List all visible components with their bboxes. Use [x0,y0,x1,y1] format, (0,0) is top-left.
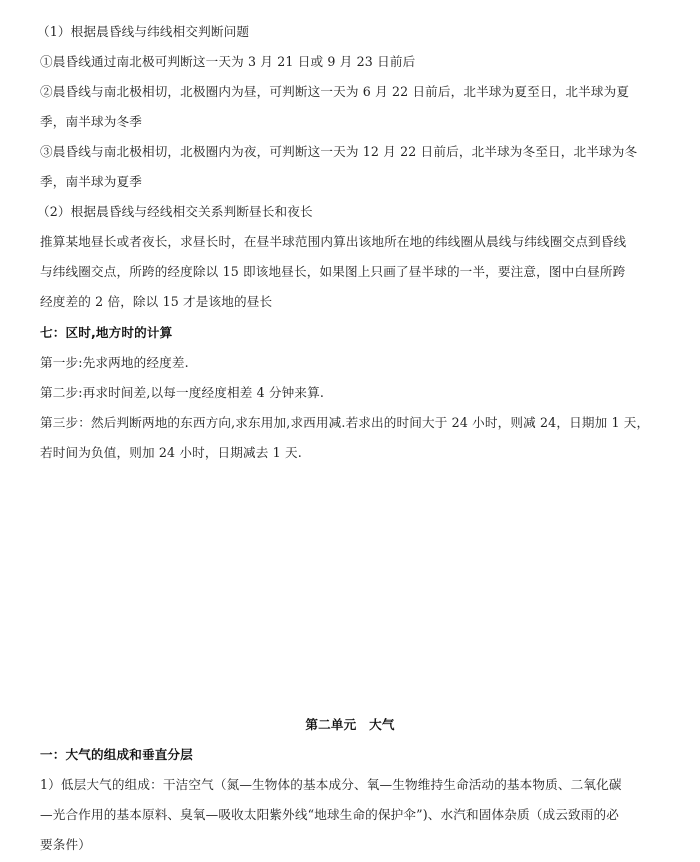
heading-terminator-longitude: （2）根据晨昏线与经线相交关系判断昼长和夜长 [37,204,662,220]
step-3-line-2: 若时间为负值，则加 24 小时，日期减去 1 天. [40,445,662,461]
section-7-title: 七：区时,地方时的计算 [40,325,662,341]
paragraph-line-3: 经度差的 2 倍，除以 15 才是该地的昼长 [40,294,662,310]
heading-terminator-latitude: （1）根据晨昏线与纬线相交判断问题 [37,24,662,40]
unit-2-title: 第二单元 大气 [0,717,700,733]
item-3-line-2: 季，南半球为夏季 [40,174,662,190]
paragraph-line-2: 与纬线圈交点，所跨的经度除以 15 即该地昼长，如果图上只画了昼半球的一半，要注… [40,264,662,280]
unit-2-subtitle: 一：大气的组成和垂直分层 [40,747,662,763]
paragraph-line-1: 推算某地昼长或者夜长，求昼长时，在昼半球范围内算出该地所在地的纬线圈从晨线与纬线… [40,234,662,250]
step-2: 第二步:再求时间差,以每一度经度相差 4 分钟来算. [40,385,662,401]
unit-2-paragraph-line-3: 要条件） [40,837,662,853]
unit-2-paragraph-line-1: 1）低层大气的组成：干洁空气（氮—生物体的基本成分、氧—生物维持生命活动的基本物… [40,777,662,793]
item-2-line-1: ②晨昏线与南北极相切，北极圈内为昼，可判断这一天为 6 月 22 日前后，北半球… [40,84,662,100]
step-3-line-1: 第三步：然后判断两地的东西方向,求东用加,求西用减.若求出的时间大于 24 小时… [40,415,662,431]
unit-2-paragraph-line-2: —光合作用的基本原料、臭氧—吸收太阳紫外线“地球生命的保护伞”)、水汽和固体杂质… [40,807,662,823]
item-3-line-1: ③晨昏线与南北极相切，北极圈内为夜，可判断这一天为 12 月 22 日前后，北半… [40,144,662,160]
item-1: ①晨昏线通过南北极可判断这一天为 3 月 21 日或 9 月 23 日前后 [40,54,662,70]
item-2-line-2: 季，南半球为冬季 [40,114,662,130]
step-1: 第一步:先求两地的经度差. [40,355,662,371]
